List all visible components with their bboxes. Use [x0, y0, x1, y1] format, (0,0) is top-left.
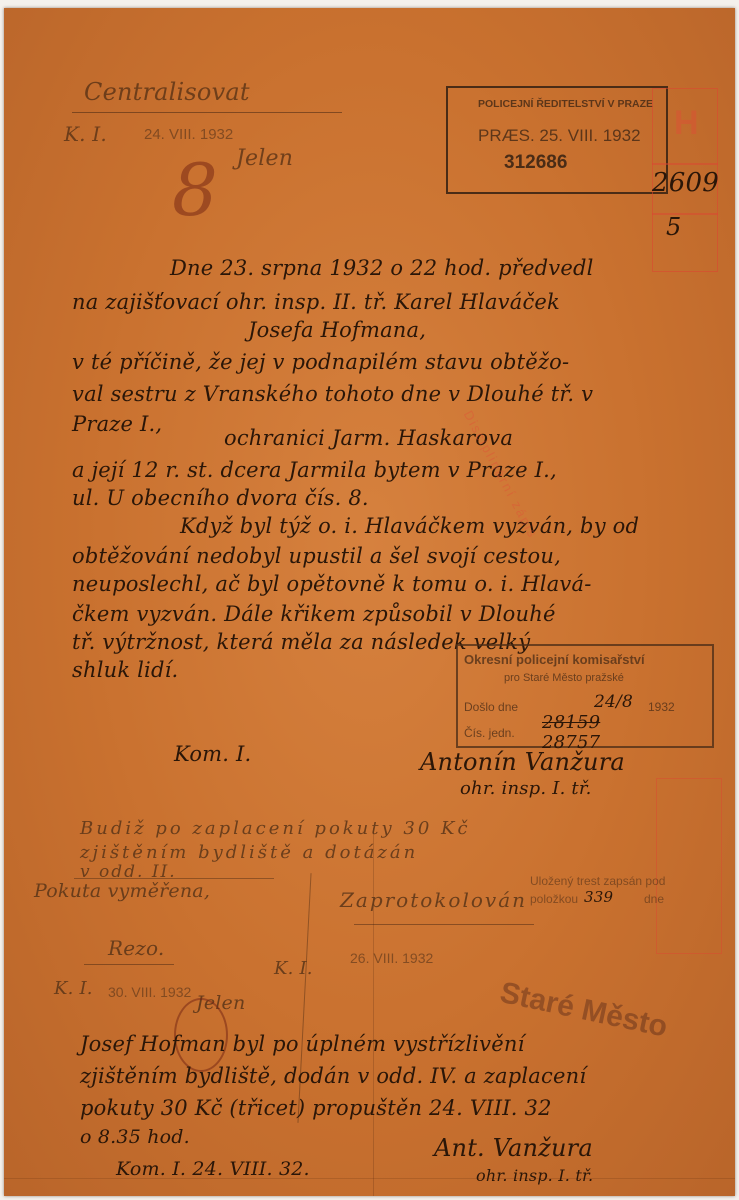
district-stamp-received-label: Došlo dne [464, 700, 518, 714]
rezo-underline [84, 964, 174, 965]
protocol-underline [354, 924, 534, 925]
closing-line-3: pokuty 30 Kč (třicet) propuštěn 24. VIII… [80, 1096, 552, 1120]
fine-stamp-entry-number: 339 [584, 888, 613, 906]
district-stamp-number-label: Čís. jedn. [464, 726, 515, 740]
header-signature: Jelen [236, 146, 293, 171]
handwritten-registry-number: 2609 [652, 168, 719, 198]
body-line-10: Když byl týž o. i. Hlaváčkem vyzván, by … [180, 514, 639, 538]
presidium-stamp-date: PRÆS. 25. VIII. 1932 [478, 126, 641, 146]
body-line-4: v té příčině, že jej v podnapilém stavu … [72, 350, 569, 374]
pencil-note-line-1: Budiž po zaplacení pokuty 30 Kč [80, 818, 471, 839]
header-ki-prefix: K. I. [64, 122, 107, 146]
red-registry-divider-2 [652, 213, 718, 215]
closing-line-2: zjištěním bydliště, dodán v odd. IV. a z… [80, 1064, 586, 1088]
red-letter-h: H [674, 104, 699, 143]
mid-stamp-prefix: K. I. [274, 958, 313, 979]
pencil-note-line-3: v odd. II. [80, 862, 177, 882]
left-date-stamp: 30. VIII. 1932 [108, 984, 191, 1000]
body-line-3: Josefa Hofmana, [248, 318, 426, 342]
handwritten-registry-sub: 5 [666, 213, 681, 241]
signoff-title: ohr. insp. I. tř. [460, 778, 592, 799]
body-line-11: obtěžování nedobyl upustil a šel svojí c… [72, 544, 561, 568]
header-underline [72, 112, 342, 113]
red-registry-divider [652, 163, 718, 165]
presidium-stamp-number: 312686 [504, 152, 567, 174]
presidium-stamp: POLICEJNÍ ŘEDITELSTVÍ V PRAZE PRÆS. 25. … [446, 86, 668, 194]
paper-fold-vertical [373, 828, 374, 1196]
district-stamp-year: 1932 [648, 700, 675, 714]
district-received-value: 24/8 [594, 692, 633, 712]
red-box-lower [656, 778, 722, 954]
closing-office-date: Kom. I. 24. VIII. 32. [116, 1158, 310, 1180]
body-line-13: čkem vyzván. Dále křikem způsobil v Dlou… [72, 602, 556, 626]
district-stamp-title: Okresní policejní komisařství [464, 652, 645, 667]
pencil-note-line-2: zjištěním bydliště a dotázán [80, 842, 418, 863]
signoff-office: Kom. I. [174, 742, 251, 766]
paper-fold-horizontal [4, 1178, 735, 1179]
fine-stamp-line-3-label: dne [644, 892, 664, 906]
rezo-note: Rezo. [108, 936, 164, 960]
body-line-6: Praze I., [72, 412, 162, 436]
body-line-8: a její 12 r. st. dcera Jarmila bytem v P… [72, 458, 557, 482]
district-number-struck: 28159 [542, 712, 600, 733]
body-line-5: val sestru z Vranského tohoto dne v Dlou… [72, 382, 593, 406]
closing-line-4: o 8.35 hod. [80, 1126, 190, 1148]
signoff-signature: Antonín Vanžura [420, 748, 625, 776]
closing-title: ohr. insp. I. tř. [476, 1166, 593, 1185]
protocol-note: Zaprotokolován [340, 888, 527, 912]
closing-line-1: Josef Hofman byl po úplném vystřízlivění [80, 1032, 525, 1056]
header-big-numeral: 8 [172, 148, 218, 232]
body-line-9: ul. U obecního dvora čís. 8. [72, 486, 369, 510]
closing-signature: Ant. Vanžura [434, 1134, 593, 1162]
body-line-2: na zajišťovací ohr. insp. II. tř. Karel … [72, 290, 560, 314]
fine-imposed-note: Pokuta vyměřena, [34, 880, 210, 902]
fine-stamp-line-1: Uložený trest zapsán pod [530, 874, 665, 888]
fine-stamp-line-2-label: položkou [530, 892, 578, 906]
body-line-1: Dne 23. srpna 1932 o 22 hod. předvedl [170, 256, 594, 280]
left-stamp-prefix: K. I. [54, 978, 93, 999]
presidium-stamp-title: POLICEJNÍ ŘEDITELSTVÍ V PRAZE [478, 98, 653, 110]
body-line-12: neuposlechl, ač byl opětovně k tomu o. i… [72, 572, 592, 596]
body-line-15: shluk lidí. [72, 658, 178, 682]
header-note-centralise: Centralisovat [84, 78, 250, 106]
mid-date-stamp: 26. VIII. 1932 [350, 950, 433, 966]
header-date-stamp: 24. VIII. 1932 [144, 126, 233, 143]
pencil-underline [74, 878, 274, 879]
document-sheet: Centralisovat K. I. 24. VIII. 1932 Jelen… [4, 8, 735, 1196]
district-stamp-subtitle: pro Staré Město pražské [504, 672, 624, 684]
